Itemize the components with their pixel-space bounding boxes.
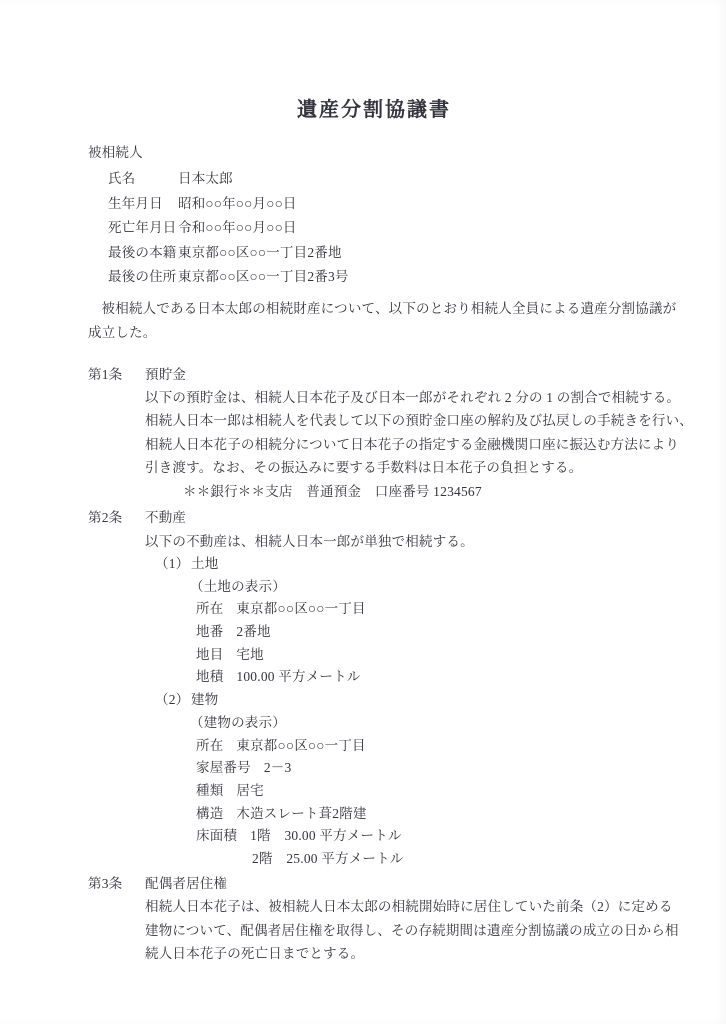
article-2-heading: 第2条不動産 [88, 506, 686, 530]
building-detail-structure: 構造木造スレート葺2階建 [145, 803, 686, 826]
land-caption: （土地の表示） [145, 576, 686, 599]
article-body-line: 相続人日本一郎は相続人を代表して以下の預貯金口座の解約及び払戻しの手続きを行い、 [145, 409, 686, 432]
article-3-spousal-residence-right: 第3条配偶者居住権 相続人日本花子は、被相続人日本太郎の相続開始時に居住していた… [88, 872, 686, 966]
detail-value: 1階 30.00 平方メートル [250, 828, 402, 843]
article-3-heading: 第3条配偶者居住権 [88, 872, 686, 896]
field-value: 日本太郎 [178, 171, 233, 186]
land-detail-location: 所在東京都○○区○○一丁目 [145, 598, 686, 621]
detail-label: 所在 [196, 601, 223, 616]
decedent-heading: 被相続人 [88, 143, 686, 163]
decedent-field-registered-domicile: 最後の本籍東京都○○区○○一丁目2番地 [108, 241, 686, 266]
detail-label: 種類 [196, 783, 223, 798]
document-title: 遺産分割協議書 [62, 96, 686, 124]
article-1-body: 以下の預貯金は、相続人日本花子及び日本一郎がそれぞれ 2 分の 1 の割合で相続… [88, 386, 686, 503]
detail-label: 地番 [196, 624, 223, 639]
land-detail-area: 地積100.00 平方メートル [145, 666, 686, 689]
article-number: 第3条 [88, 872, 145, 896]
article-1-heading: 第1条預貯金 [88, 363, 686, 387]
scanned-document-page: 遺産分割協議書 被相続人 氏名日本太郎 生年月日昭和○○年○○月○○日 死亡年月… [0, 0, 726, 1024]
detail-label: 地目 [196, 647, 223, 662]
article-1-deposits: 第1条預貯金 以下の預貯金は、相続人日本花子及び日本一郎がそれぞれ 2 分の 1… [88, 363, 686, 504]
article-body-line: 相続人日本花子は、被相続人日本太郎の相続開始時に居住していた前条（2）に定める [145, 895, 686, 918]
building-detail-house-number: 家屋番号2－3 [145, 757, 686, 780]
article-2-real-estate: 第2条不動産 以下の不動産は、相続人日本一郎が単独で相続する。 （1）土地 （土… [88, 506, 686, 871]
article-body-line: 以下の不動産は、相続人日本一郎が単独で相続する。 [145, 530, 686, 553]
article-body-line: 相続人日本花子の相続分について日本花子の指定する金融機関口座に振込む方法により [145, 433, 686, 456]
land-detail-lot-number: 地番2番地 [145, 621, 686, 644]
preamble-line: 成立した。 [88, 321, 686, 345]
detail-value: 2番地 [236, 624, 270, 639]
decedent-field-last-address: 最後の住所東京都○○区○○一丁目2番3号 [108, 265, 686, 290]
field-label: 死亡年月日 [108, 216, 178, 241]
detail-value: 2－3 [264, 760, 292, 775]
decedent-field-deathdate: 死亡年月日令和○○年○○月○○日 [108, 216, 686, 241]
decedent-section: 被相続人 氏名日本太郎 生年月日昭和○○年○○月○○日 死亡年月日令和○○年○○… [88, 143, 686, 290]
building-caption: （建物の表示） [145, 712, 686, 735]
item-title: 土地 [191, 556, 218, 571]
decedent-field-birthdate: 生年月日昭和○○年○○月○○日 [108, 192, 686, 217]
field-label: 最後の住所 [108, 265, 178, 290]
field-value: 令和○○年○○月○○日 [178, 220, 297, 235]
building-detail-floor2-area: 2階 25.00 平方メートル [145, 848, 686, 871]
item-number: （2） [155, 689, 191, 712]
decedent-field-name: 氏名日本太郎 [108, 167, 686, 192]
field-label: 最後の本籍 [108, 241, 178, 266]
detail-value: 東京都○○区○○一丁目 [236, 601, 365, 616]
article-title: 不動産 [145, 510, 186, 525]
building-item-heading: （2）建物 [145, 689, 686, 712]
decedent-fields: 氏名日本太郎 生年月日昭和○○年○○月○○日 死亡年月日令和○○年○○月○○日 … [88, 167, 686, 290]
building-detail-type: 種類居宅 [145, 780, 686, 803]
detail-label: 所在 [196, 738, 223, 753]
article-3-body: 相続人日本花子は、被相続人日本太郎の相続開始時に居住していた前条（2）に定める … [88, 895, 686, 965]
land-detail-category: 地目宅地 [145, 644, 686, 667]
detail-value: 100.00 平方メートル [236, 669, 360, 684]
detail-label: 床面積 [196, 828, 237, 843]
article-body-line: 建物について、配偶者居住権を取得し、その存続期間は遺産分割協議の成立の日から相 [145, 919, 686, 942]
field-value: 昭和○○年○○月○○日 [178, 196, 297, 211]
building-detail-location: 所在東京都○○区○○一丁目 [145, 735, 686, 758]
detail-label: 家屋番号 [196, 760, 251, 775]
article-body-line: 引き渡す。なお、その振込みに要する手数料は日本花子の負担とする。 [145, 456, 686, 479]
article-number: 第1条 [88, 363, 145, 387]
preamble-paragraph: 被相続人である日本太郎の相続財産について、以下のとおり相続人全員による遺産分割協… [88, 297, 686, 345]
bank-account-line: ＊＊銀行＊＊支店 普通預金 口座番号 1234567 [145, 480, 686, 503]
article-body-line: 続人日本花子の死亡日までとする。 [145, 942, 686, 965]
detail-value: 東京都○○区○○一丁目 [236, 738, 365, 753]
detail-label: 構造 [196, 806, 223, 821]
detail-value: 木造スレート葺2階建 [236, 806, 366, 821]
field-label: 生年月日 [108, 192, 178, 217]
detail-value: 居宅 [236, 783, 263, 798]
article-number: 第2条 [88, 506, 145, 530]
field-label: 氏名 [108, 167, 178, 192]
item-title: 建物 [191, 692, 218, 707]
land-item-heading: （1）土地 [145, 553, 686, 576]
building-detail-floor-area: 床面積1階 30.00 平方メートル [145, 825, 686, 848]
detail-label: 地積 [196, 669, 223, 684]
field-value: 東京都○○区○○一丁目2番3号 [178, 269, 349, 284]
article-title: 配偶者居住権 [145, 876, 227, 891]
field-value: 東京都○○区○○一丁目2番地 [178, 245, 342, 260]
article-body-line: 以下の預貯金は、相続人日本花子及び日本一郎がそれぞれ 2 分の 1 の割合で相続… [145, 386, 686, 409]
preamble-line: 被相続人である日本太郎の相続財産について、以下のとおり相続人全員による遺産分割協… [88, 297, 686, 321]
item-number: （1） [155, 553, 191, 576]
article-title: 預貯金 [145, 367, 186, 382]
article-2-body: 以下の不動産は、相続人日本一郎が単独で相続する。 （1）土地 （土地の表示） 所… [88, 530, 686, 871]
detail-value: 宅地 [236, 647, 263, 662]
